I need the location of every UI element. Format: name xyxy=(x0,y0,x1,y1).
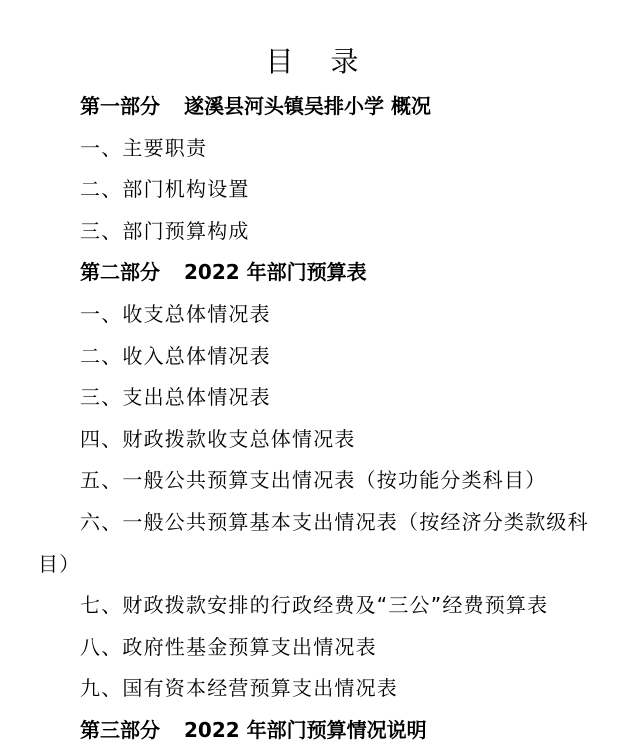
toc-part-2-heading[interactable]: 第二部分2022 年部门预算表 xyxy=(38,252,594,294)
document-page: 目 录 第一部分遂溪县河头镇吴排小学 概况 一、主要职责 二、部门机构设置 三、… xyxy=(0,0,630,744)
part-label: 第三部分 xyxy=(80,718,160,742)
toc-part-1-heading[interactable]: 第一部分遂溪县河头镇吴排小学 概况 xyxy=(38,86,594,128)
toc-item[interactable]: 九、国有资本经营预算支出情况表 xyxy=(38,668,594,710)
toc-item[interactable]: 一、主要职责 xyxy=(38,128,594,170)
toc-item[interactable]: 二、部门机构设置 xyxy=(38,169,594,211)
part-title: 遂溪县河头镇吴排小学 概况 xyxy=(184,94,431,118)
toc-item[interactable]: 二、收入总体情况表 xyxy=(38,336,594,378)
toc-part-3-heading[interactable]: 第三部分2022 年部门预算情况说明 xyxy=(38,710,594,744)
toc-item[interactable]: 五、一般公共预算支出情况表（按功能分类科目） xyxy=(38,460,594,502)
toc-item[interactable]: 三、支出总体情况表 xyxy=(38,377,594,419)
toc-item[interactable]: 三、部门预算构成 xyxy=(38,211,594,253)
toc-item[interactable]: 四、财政拨款收支总体情况表 xyxy=(38,419,594,461)
part-label: 第二部分 xyxy=(80,260,160,284)
table-of-contents: 第一部分遂溪县河头镇吴排小学 概况 一、主要职责 二、部门机构设置 三、部门预算… xyxy=(38,86,594,744)
part-label: 第一部分 xyxy=(80,94,160,118)
toc-item[interactable]: 一、收支总体情况表 xyxy=(38,294,594,336)
part-title: 2022 年部门预算表 xyxy=(184,260,367,284)
toc-item[interactable]: 八、政府性基金预算支出情况表 xyxy=(38,627,594,669)
toc-item[interactable]: 七、财政拨款安排的行政经费及“三公”经费预算表 xyxy=(38,585,594,627)
toc-title: 目 录 xyxy=(0,42,630,82)
toc-item[interactable]: 六、一般公共预算基本支出情况表（按经济分类款级科目） xyxy=(38,502,594,585)
part-title: 2022 年部门预算情况说明 xyxy=(184,718,427,742)
